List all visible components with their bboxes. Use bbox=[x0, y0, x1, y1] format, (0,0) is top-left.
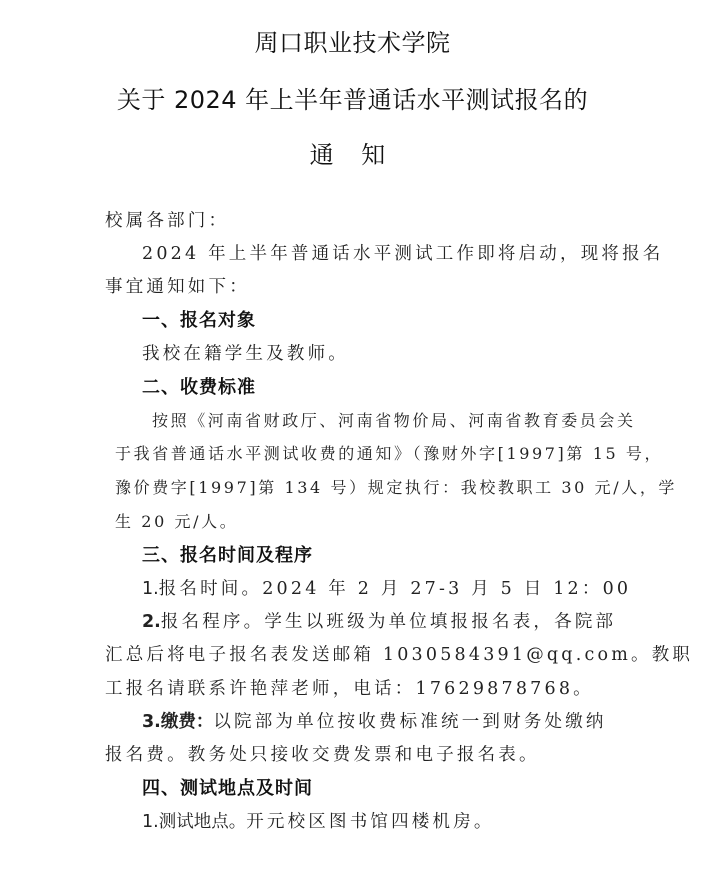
item-number: 1. bbox=[142, 812, 159, 832]
section-2-line-2: 于我省普通话水平测试收费的通知》（豫财外字[1997]第 15 号， bbox=[115, 441, 663, 464]
item-text: 学生以班级为单位填报报名表，各院部 bbox=[264, 612, 616, 632]
section-3-item-1: 1.报名时间。2024 年 2 月 27-3 月 5 日 12：00 bbox=[142, 575, 631, 600]
section-3-item-3-cont-1: 报名费。教务处只接收交费发票和电子报名表。 bbox=[105, 741, 540, 766]
item-number: 2. bbox=[142, 612, 161, 632]
section-2-line-3: 豫价费字[1997]第 134 号）规定执行：我校教职工 30 元/人，学 bbox=[115, 475, 677, 498]
section-heading-2: 二、收费标准 bbox=[142, 373, 256, 399]
item-text: 2024 年 2 月 27-3 月 5 日 12：00 bbox=[262, 579, 631, 599]
section-3-item-3: 3.缴费：以院部为单位按收费标准统一到财务处缴纳 bbox=[142, 708, 607, 733]
item-number: 1. bbox=[142, 579, 159, 599]
item-label: 测试地点。 bbox=[159, 812, 247, 832]
item-number: 3. bbox=[142, 712, 161, 732]
item-text: 开元校区图书馆四楼机房。 bbox=[246, 812, 494, 832]
item-label: 缴费： bbox=[161, 712, 214, 732]
section-2-line-4: 生 20 元/人。 bbox=[115, 509, 238, 532]
title-notice: 通 知 bbox=[0, 135, 705, 170]
item-label: 报名程序。 bbox=[161, 612, 265, 632]
section-heading-4: 四、测试地点及时间 bbox=[142, 774, 313, 800]
section-heading-3: 三、报名时间及程序 bbox=[142, 541, 313, 567]
title-school-name: 周口职业技术学院 bbox=[0, 23, 705, 58]
title-subject: 关于 2024 年上半年普通话水平测试报名的 bbox=[0, 80, 705, 115]
item-label: 报名时间。 bbox=[159, 579, 263, 599]
section-4-item-1: 1.测试地点。开元校区图书馆四楼机房。 bbox=[142, 808, 495, 833]
salutation: 校属各部门： bbox=[105, 207, 229, 232]
section-3-item-2: 2.报名程序。学生以班级为单位填报报名表，各院部 bbox=[142, 608, 616, 633]
intro-line-1: 2024 年上半年普通话水平测试工作即将启动，现将报名 bbox=[142, 240, 664, 265]
section-1-line: 我校在籍学生及教师。 bbox=[142, 340, 349, 365]
section-3-item-2-cont-2: 工报名请联系许艳萍老师，电话：17629878768。 bbox=[105, 675, 594, 700]
item-text: 以院部为单位按收费标准统一到财务处缴纳 bbox=[213, 712, 606, 732]
intro-line-2: 事宜通知如下： bbox=[105, 273, 250, 298]
section-heading-1: 一、报名对象 bbox=[142, 306, 256, 332]
section-3-item-2-cont-1: 汇总后将电子报名表发送邮箱 1030584391@qq.com。教职 bbox=[105, 641, 693, 666]
section-2-line-1: 按照《河南省财政厅、河南省物价局、河南省教育委员会关 bbox=[152, 408, 636, 431]
